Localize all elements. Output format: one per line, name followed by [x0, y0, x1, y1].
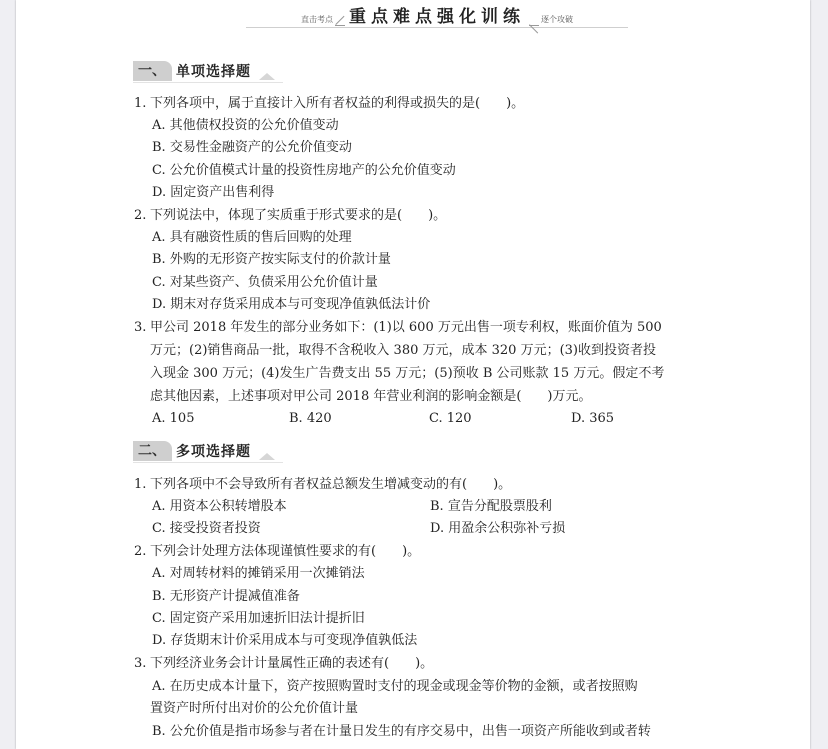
option-b: B. 交易性金融资产的公允价值变动 [152, 137, 352, 159]
triangle-decoration-icon [259, 453, 275, 460]
option-a: A. 具有融资性质的售后回购的处理 [152, 227, 352, 249]
option-a-line: A. 在历史成本计量下，资产按照购置时支付的现金或现金等价物的金额，或者按照购 [152, 676, 638, 698]
option-b: B. 420 [289, 408, 332, 430]
option-a: A. 其他债权投资的公允价值变动 [152, 115, 339, 137]
page-header-banner: 直击考点 重点难点强化训练 逐个攻破 [246, 6, 628, 28]
question-text-line: 甲公司 2018 年发生的部分业务如下：(1)以 600 万元出售一项专利权，账… [150, 320, 662, 335]
question-stem: 1.下列各项中不会导致所有者权益总额发生增减变动的有( )。 [134, 474, 511, 496]
option-b: B. 宣告分配股票股利 [430, 496, 552, 518]
option-d: D. 固定资产出售利得 [152, 182, 274, 204]
header-title: 重点难点强化训练 [349, 2, 525, 27]
header-rule [246, 27, 628, 28]
question-number: 2. [134, 205, 150, 227]
option-c: C. 固定资产采用加速折旧法计提折旧 [152, 608, 365, 630]
option-b-line: B. 公允价值是指市场参与者在计量日发生的有序交易中，出售一项资产所能收到或者转 [152, 721, 651, 743]
question-text-line: 虑其他因素，上述事项对甲公司 2018 年营业利润的影响金额是( )万元。 [150, 386, 592, 408]
section-underline [133, 462, 283, 463]
option-d: D. 用盈余公积弥补亏损 [430, 518, 565, 540]
question-stem: 1.下列各项中，属于直接计入所有者权益的利得或损失的是( )。 [134, 93, 524, 115]
section-number: 一、 [133, 61, 172, 81]
question-number: 3. [134, 317, 150, 339]
question-number: 2. [134, 541, 150, 563]
header-slash-left-icon [335, 17, 345, 26]
header-slash-right-icon [529, 17, 539, 26]
section-header-single-choice: 一、 单项选择题 [133, 60, 275, 82]
option-c: C. 接受投资者投资 [152, 518, 261, 540]
option-a: A. 105 [152, 408, 194, 430]
option-a-line: 置资产时所付出对价的公允价值计量 [150, 698, 358, 720]
document-page: 直击考点 重点难点强化训练 逐个攻破 一、 单项选择题 1.下列各项中，属于直接… [16, 0, 810, 749]
option-a: A. 用资本公积转增股本 [152, 496, 287, 518]
question-text: 下列各项中，属于直接计入所有者权益的利得或损失的是( )。 [150, 96, 524, 111]
option-d: D. 365 [571, 408, 614, 430]
question-stem: 3.甲公司 2018 年发生的部分业务如下：(1)以 600 万元出售一项专利权… [134, 317, 662, 339]
option-d: D. 期末对存货采用成本与可变现净值孰低法计价 [152, 294, 430, 316]
question-number: 1. [134, 474, 150, 496]
section-header-multiple-choice: 二、 多项选择题 [133, 440, 275, 462]
section-underline [133, 82, 283, 83]
question-text: 下列说法中，体现了实质重于形式要求的是( )。 [150, 208, 446, 223]
option-b: B. 无形资产计提减值准备 [152, 586, 300, 608]
question-text: 下列会计处理方法体现谨慎性要求的有( )。 [150, 544, 420, 559]
question-text: 下列各项中不会导致所有者权益总额发生增减变动的有( )。 [150, 477, 511, 492]
question-text-line: 入现金 300 万元；(4)发生广告费支出 55 万元；(5)预收 B 公司账款… [150, 363, 664, 385]
section-number: 二、 [133, 441, 172, 461]
question-number: 3. [134, 653, 150, 675]
question-stem: 2.下列说法中，体现了实质重于形式要求的是( )。 [134, 205, 446, 227]
header-right-tag: 逐个攻破 [541, 14, 573, 25]
option-a: A. 对周转材料的摊销采用一次摊销法 [152, 563, 365, 585]
question-stem: 3.下列经济业务会计计量属性正确的表述有( )。 [134, 653, 433, 675]
section-title: 单项选择题 [176, 61, 251, 81]
section-title: 多项选择题 [176, 441, 251, 461]
question-number: 1. [134, 93, 150, 115]
option-c: C. 120 [429, 408, 472, 430]
option-c: C. 对某些资产、负债采用公允价值计量 [152, 272, 378, 294]
question-text: 下列经济业务会计计量属性正确的表述有( )。 [150, 656, 433, 671]
option-b: B. 外购的无形资产按实际支付的价款计量 [152, 249, 391, 271]
triangle-decoration-icon [259, 73, 275, 80]
option-d: D. 存货期末计价采用成本与可变现净值孰低法 [152, 630, 417, 652]
question-stem: 2.下列会计处理方法体现谨慎性要求的有( )。 [134, 541, 420, 563]
question-text-line: 万元；(2)销售商品一批，取得不含税收入 380 万元，成本 320 万元；(3… [150, 340, 656, 362]
option-c: C. 公允价值模式计量的投资性房地产的公允价值变动 [152, 160, 456, 182]
header-left-tag: 直击考点 [301, 14, 333, 25]
